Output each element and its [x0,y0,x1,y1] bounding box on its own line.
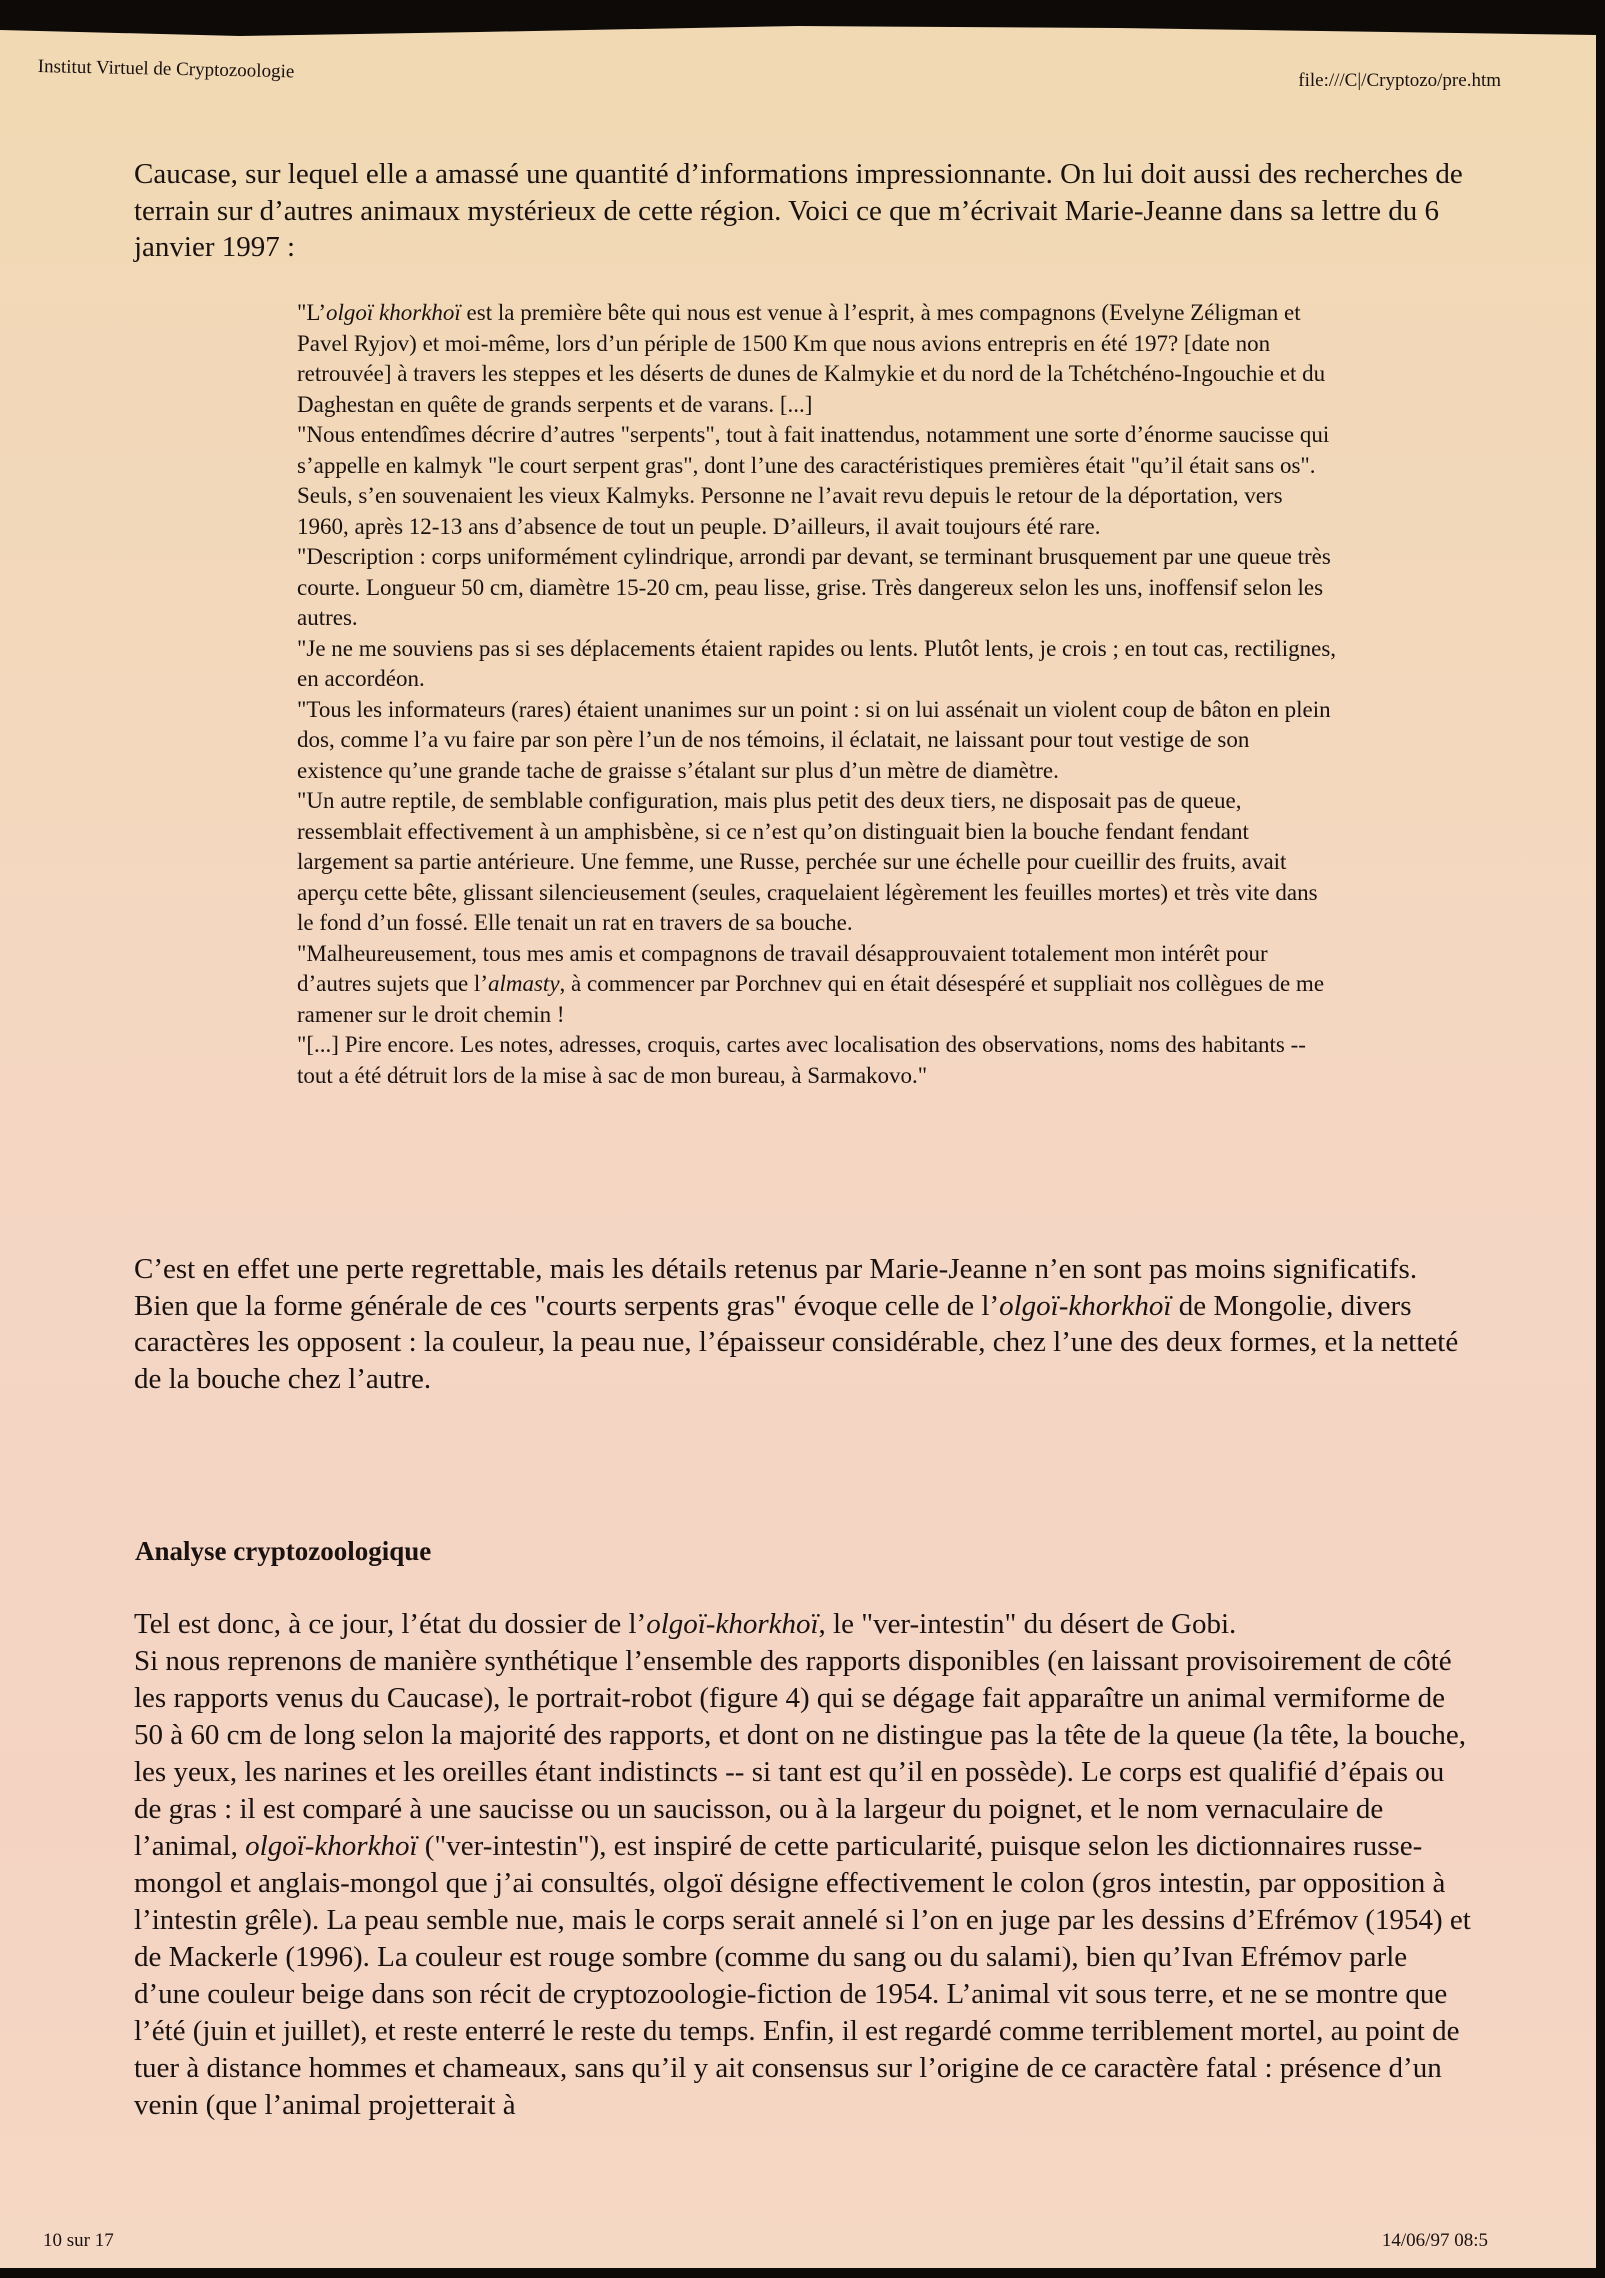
species-name: olgoï-khorkhoï [245,1830,417,1862]
printed-page: Institut Virtuel de Cryptozoologie file:… [0,26,1596,2268]
analysis-paragraph: Tel est donc, à ce jour, l’état du dossi… [134,1606,1474,2124]
page-indicator: 10 sur 17 [43,2230,114,2252]
section-heading: Analyse cryptozoologique [135,1536,431,1567]
body-text: ("ver-intestin"), est inspiré de cette p… [134,1830,1471,2121]
print-timestamp: 14/06/97 08:5 [1382,2230,1488,2252]
body-text: , le "ver-intestin" du désert de Gobi. [819,1608,1237,1640]
quote-paragraph-2: "Nous entendîmes décrire d’autres "serpe… [297,420,1337,542]
analysis-sentence-1: Tel est donc, à ce jour, l’état du dossi… [134,1606,1474,1643]
quote-paragraph-1: "L’olgoï khorkhoï est la première bête q… [297,298,1337,420]
species-name: olgoï khorkhoï [326,300,461,325]
quote-paragraph-3: "Description : corps uniformément cylind… [297,542,1337,634]
analysis-body: Si nous reprenons de manière synthétique… [134,1643,1474,2124]
body-text: Tel est donc, à ce jour, l’état du dossi… [134,1608,646,1640]
quote-paragraph-4: "Je ne me souviens pas si ses déplacemen… [297,634,1337,695]
site-name: Institut Virtuel de Cryptozoologie [38,56,295,83]
quote-paragraph-6: "Un autre reptile, de semblable configur… [297,786,1337,939]
species-name: olgoï-khorkhoï [646,1608,818,1640]
species-name: almasty [488,971,560,996]
conclusion-text: C’est en effet une perte regrettable, ma… [134,1251,1474,1397]
intro-text: Caucase, sur lequel elle a amassé une qu… [134,156,1474,266]
quote-paragraph-5: "Tous les informateurs (rares) étaient u… [297,695,1337,787]
intro-paragraph: Caucase, sur lequel elle a amassé une qu… [134,156,1474,266]
quote-paragraph-8: "[...] Pire encore. Les notes, adresses,… [297,1030,1337,1091]
conclusion-paragraph: C’est en effet une perte regrettable, ma… [134,1251,1474,1397]
species-name: olgoï-khorkhoï [999,1290,1171,1322]
quote-paragraph-7: "Malheureusement, tous mes amis et compa… [297,939,1337,1031]
quote-text: "L’ [297,300,326,325]
file-path: file:///C|/Cryptozo/pre.htm [1298,70,1501,92]
letter-quote: "L’olgoï khorkhoï est la première bête q… [297,298,1337,1091]
